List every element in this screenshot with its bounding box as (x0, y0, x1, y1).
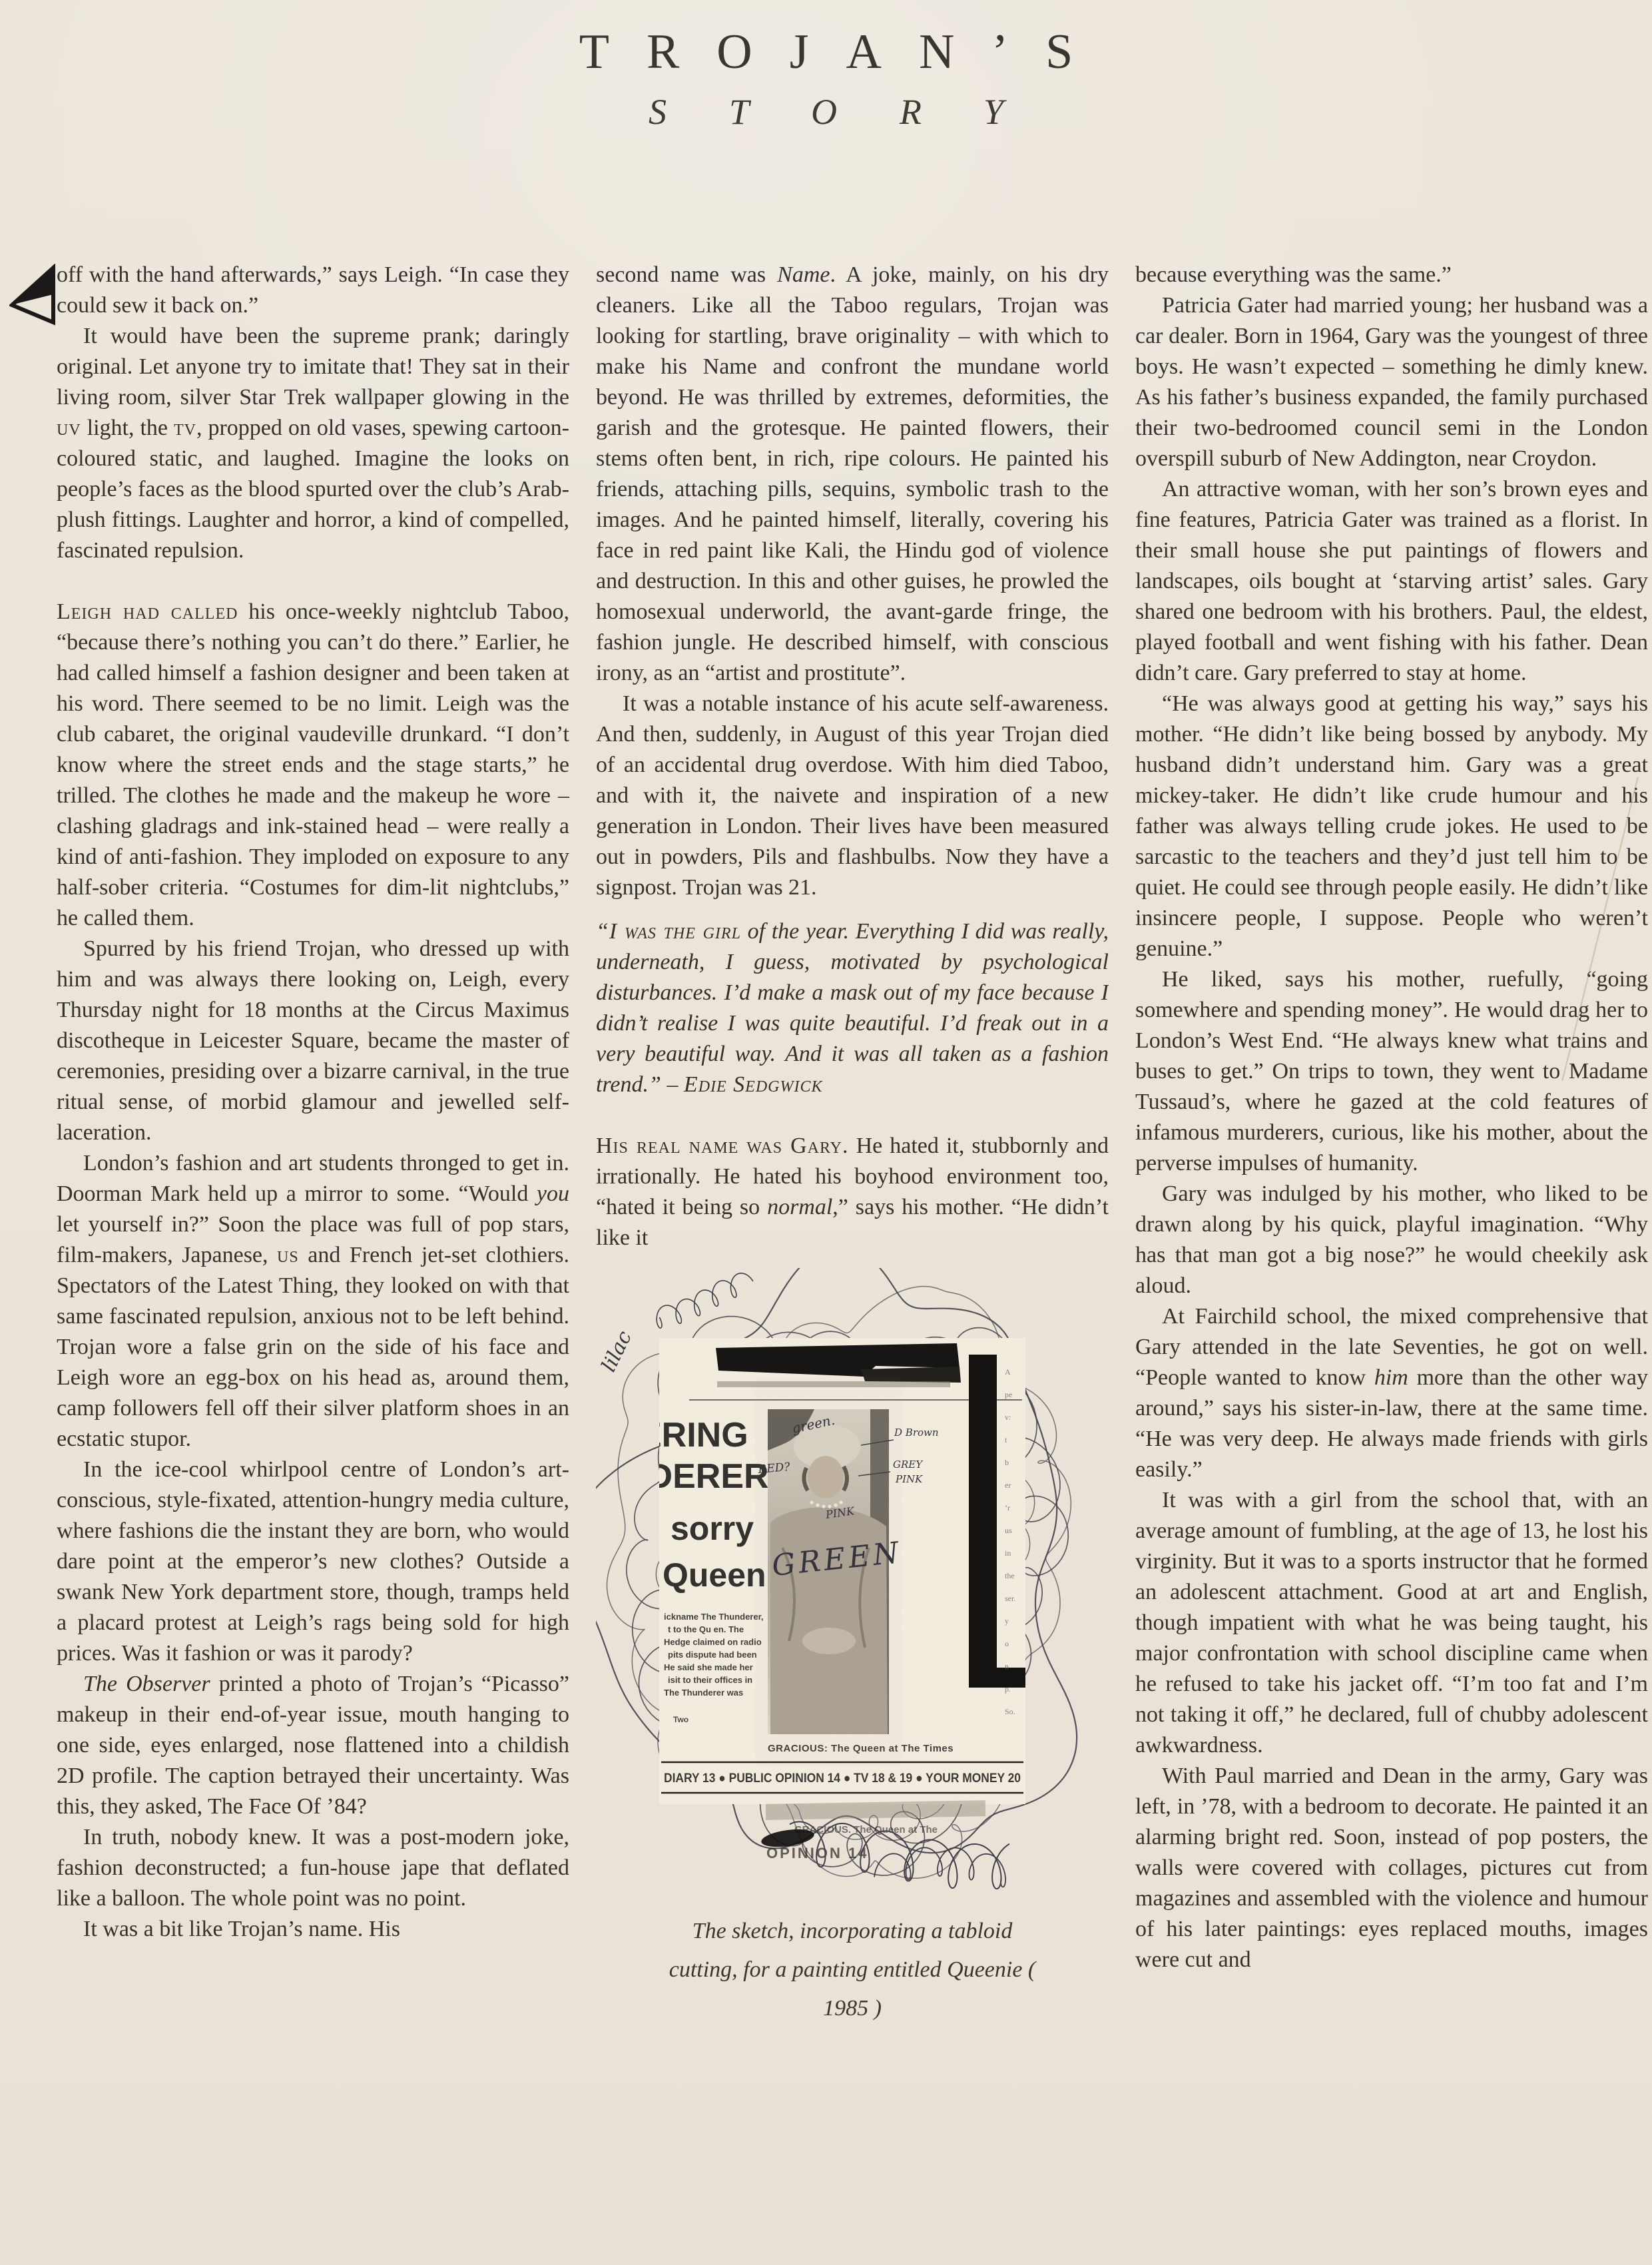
paragraph: second name was Name. A joke, mainly, on… (596, 260, 1109, 689)
text-segment: us (277, 1243, 299, 1267)
text-segment: Patricia Gater had married young; her hu… (1135, 293, 1648, 471)
side-fragment: So. (1005, 1707, 1015, 1716)
side-fragment: ser. (1005, 1594, 1015, 1603)
text-segment: of the year. Everything I did was really… (596, 919, 1109, 1097)
paragraph: Gary was indulged by his mother, who lik… (1135, 1179, 1648, 1301)
text-segment: “I was the girl (596, 919, 741, 944)
photo-caption: GRACIOUS: The Queen at The Times (768, 1743, 954, 1754)
text-segment: In truth, nobody knew. It was a post-mod… (57, 1825, 569, 1911)
text-column-3: because everything was the same.”Patrici… (1135, 260, 1648, 2265)
text-segment: tv (174, 416, 196, 440)
text-segment: Name (777, 262, 830, 287)
side-fragment: b (1005, 1458, 1009, 1467)
side-fragment: p. (1005, 1684, 1011, 1694)
paragraph: It would have been the supreme prank; da… (57, 321, 569, 566)
paragraph: because everything was the same.” (1135, 260, 1648, 290)
text-segment: Edie Sedgwick (684, 1072, 823, 1097)
text-segment: because everything was the same.” (1135, 262, 1452, 287)
paragraph: The Observer printed a photo of Trojan’s… (57, 1669, 569, 1822)
side-fragment: in (1005, 1548, 1011, 1558)
article-title-block: TROJAN’S STORY (0, 24, 1652, 133)
figure-caption: The sketch, incorporating a tabloid cutt… (659, 1912, 1045, 2028)
newsprint-footnote: Two (673, 1715, 688, 1724)
headline-fragment-2: NDERER (623, 1457, 769, 1496)
side-fragment: us (1005, 1526, 1012, 1535)
signature-scrawl (874, 1847, 1005, 1887)
side-fragment: n (1005, 1662, 1009, 1671)
paragraph: An attractive woman, with her son’s brow… (1135, 474, 1648, 689)
text-segment: “He was always good at getting his way,”… (1135, 691, 1648, 961)
side-fragment: the (1005, 1571, 1015, 1580)
text-segment: It was with a girl from the school that,… (1135, 1488, 1648, 1758)
text-segment: He liked, says his mother, ruefully, “go… (1135, 967, 1648, 1175)
paragraph: With Paul married and Dean in the army, … (1135, 1761, 1648, 1975)
text-segment: and French jet-set clothiers. Spectators… (57, 1243, 569, 1451)
side-fragment: v: (1005, 1413, 1011, 1422)
newsprint-line: t to the Qu en. The (668, 1624, 744, 1634)
headline-fragment-4: Queen (663, 1556, 766, 1594)
paragraph: Leigh had called his once-weekly nightcl… (57, 597, 569, 934)
text-segment: His real name was Gary. (596, 1133, 849, 1158)
text-segment: uv (57, 416, 81, 440)
paragraph: “He was always good at getting his way,”… (1135, 689, 1648, 964)
sketch-illustration: lilac ERING NDERER sorry Queen ickname T… (596, 1268, 1109, 1903)
text-segment: An attractive woman, with her son’s brow… (1135, 477, 1648, 685)
paragraph: At Fairchild school, the mixed comprehen… (1135, 1301, 1648, 1485)
side-fragment: A (1005, 1367, 1011, 1377)
section-strip: DIARY 13 ● PUBLIC OPINION 14 ● TV 18 & 1… (664, 1772, 1021, 1785)
side-fragment: ’r (1005, 1503, 1010, 1512)
queenie-sketch: lilac ERING NDERER sorry Queen ickname T… (596, 1268, 1109, 1894)
paragraph: It was a bit like Trojan’s name. His (57, 1914, 569, 1945)
newsprint-line: pits dispute had been (668, 1650, 757, 1660)
paragraph: It was with a girl from the school that,… (1135, 1485, 1648, 1761)
magazine-page: { "page": { "title": "TROJAN’S", "subtit… (0, 0, 1652, 2265)
page-subtitle: STORY (0, 91, 1652, 133)
newsprint-line: The Thunderer was (664, 1688, 743, 1698)
annotation-grey: GREY (893, 1458, 924, 1470)
pull-quote: “I was the girl of the year. Everything … (596, 916, 1109, 1100)
newsprint-line: ickname The Thunderer, (664, 1612, 764, 1622)
text-segment: Leigh had called (57, 599, 238, 624)
text-segment: It was a bit like Trojan’s name. His (83, 1917, 400, 1941)
annotation-lilac: lilac (597, 1327, 637, 1376)
text-segment: The Observer (83, 1672, 210, 1696)
text-segment: Spurred by his friend Trojan, who dresse… (57, 936, 569, 1145)
page-title: TROJAN’S (0, 24, 1652, 81)
annotation-dbrown: D Brown (894, 1427, 939, 1439)
paragraph: In truth, nobody knew. It was a post-mod… (57, 1822, 569, 1914)
text-segment: . A joke, mainly, on his dry cleaners. L… (596, 262, 1109, 685)
text-column-2: second name was Name. A joke, mainly, on… (596, 260, 1109, 2265)
paragraph: It was a notable instance of his acute s… (596, 689, 1109, 903)
headline-fragment-3: sorry (671, 1510, 754, 1547)
paragraph: His real name was Gary. He hated it, stu… (596, 1131, 1109, 1253)
text-segment: his once-weekly nightclub Taboo, “becaus… (57, 599, 569, 930)
text-segment: normal (767, 1195, 832, 1219)
side-fragment: pe (1005, 1390, 1012, 1399)
text-segment: light, the (81, 416, 174, 440)
text-segment: London’s fashion and art students throng… (57, 1151, 569, 1206)
text-segment: In the ice-cool whirlpool centre of Lond… (57, 1457, 569, 1666)
paragraph: off with the hand afterwards,” says Leig… (57, 260, 569, 321)
smudge (717, 1381, 950, 1387)
newsprint-line: Hedge claimed on radio (664, 1637, 762, 1647)
text-column-1: off with the hand afterwards,” says Leig… (57, 260, 569, 2265)
paragraph: He liked, says his mother, ruefully, “go… (1135, 964, 1648, 1179)
text-segment: him (1374, 1365, 1408, 1390)
handwriting-doodle (650, 1270, 758, 1329)
paragraph: In the ice-cool whirlpool centre of Lond… (57, 1455, 569, 1669)
text-segment: Gary was indulged by his mother, who lik… (1135, 1181, 1648, 1298)
text-segment: It was a notable instance of his acute s… (596, 691, 1109, 900)
side-fragment: er (1005, 1480, 1011, 1490)
torn-black-bar-2 (861, 1367, 961, 1383)
paragraph: Spurred by his friend Trojan, who dresse… (57, 934, 569, 1148)
side-fragment: y (1005, 1616, 1009, 1626)
newsprint-line: He said she made her (664, 1662, 753, 1672)
paragraph: Patricia Gater had married young; her hu… (1135, 290, 1648, 474)
text-segment: you (537, 1181, 569, 1206)
text-segment: second name was (596, 262, 777, 287)
text-segment: It would have been the supreme prank; da… (57, 324, 569, 410)
side-fragment: o (1005, 1639, 1009, 1648)
continuation-arrow-icon (9, 264, 56, 327)
annotation-grey-pink: PINK (895, 1473, 923, 1485)
paragraph: London’s fashion and art students throng… (57, 1148, 569, 1455)
text-segment: With Paul married and Dean in the army, … (1135, 1764, 1648, 1972)
newsprint-line: isit to their offices in (668, 1675, 752, 1685)
text-segment: The sketch, incorporating a tabloid cutt… (669, 1919, 1036, 2021)
text-segment: off with the hand afterwards,” says Leig… (57, 262, 569, 318)
